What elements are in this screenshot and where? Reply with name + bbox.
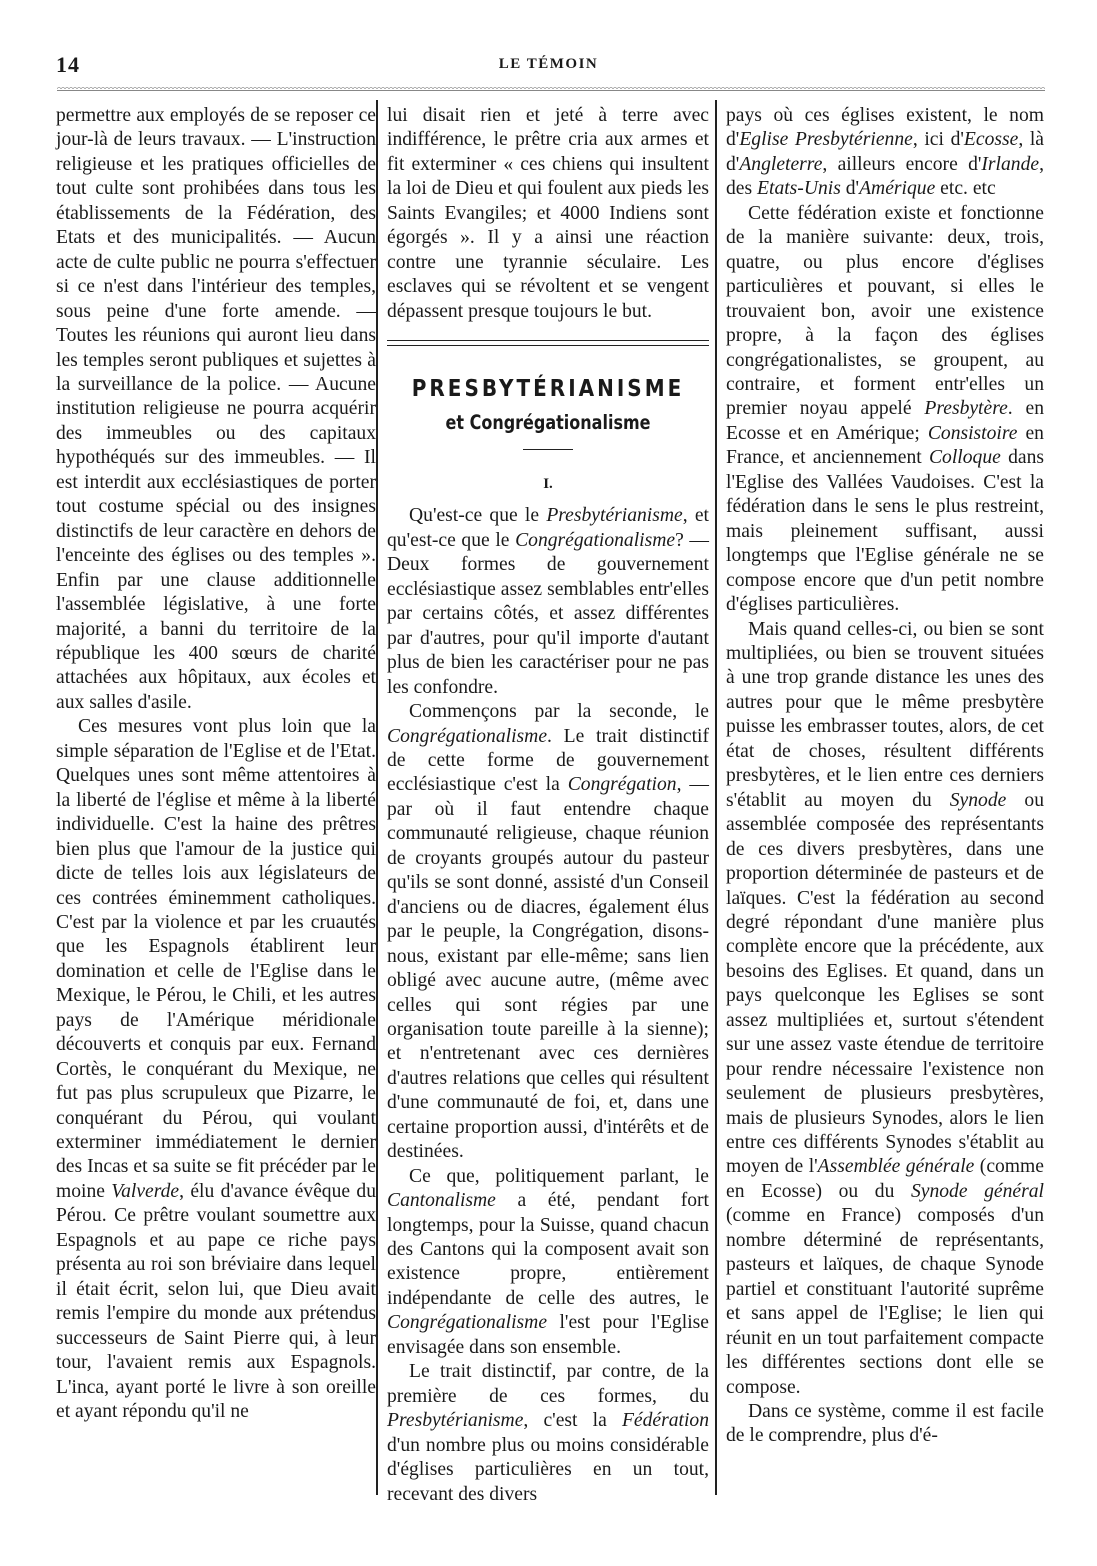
italic-term: Angleterre (739, 154, 822, 175)
text-run: ou assemblée composée des représentants … (726, 790, 1044, 1178)
text-run: ? — Deux formes de gouvernement ecclésia… (387, 530, 709, 698)
text-run: Dans ce système, comme il est facile de … (726, 1401, 1044, 1446)
column-1: permettre aux employés de se reposer ce … (56, 104, 376, 1424)
text-run: Ces mesures vont plus loin que la simple… (56, 716, 376, 1202)
paragraph: Ces mesures vont plus loin que la simple… (56, 715, 376, 1424)
italic-term: Colloque (929, 447, 1001, 468)
italic-term: Cantonalisme (387, 1190, 496, 1211)
text-run: d' (841, 178, 859, 199)
italic-term: Fédération (622, 1410, 709, 1431)
text-run: , — par où il faut entendre chaque commu… (387, 774, 709, 1162)
italic-term: Irlande (981, 154, 1039, 175)
column-2: lui disait rien et jeté à terre avec ind… (387, 104, 709, 1507)
text-run: Qu'est-ce que le (409, 505, 546, 526)
text-run: (comme en France) composés d'un nombre d… (726, 1205, 1044, 1397)
text-run: etc. etc (935, 178, 995, 199)
column-3: pays où ces églises existent, le nom d'E… (726, 104, 1044, 1449)
italic-term: Ecosse (964, 129, 1018, 150)
text-run: Le trait distinctif, par contre, de la p… (387, 1361, 709, 1406)
italic-term: Synode général (911, 1181, 1044, 1202)
paragraph: Qu'est-ce que le Presbytérianisme, et qu… (387, 504, 709, 700)
text-run: , ici d' (913, 129, 964, 150)
text-run: , c'est la (523, 1410, 622, 1431)
italic-term: Etats-Unis (757, 178, 841, 199)
text-run: Cette fédération existe et fonctionne de… (726, 203, 1044, 420)
section-separator-double-rule (387, 340, 709, 346)
header-wavy-rule (57, 84, 1045, 91)
paragraph: lui disait rien et jeté à terre avec ind… (387, 104, 709, 324)
italic-term: Congrégationalisme (387, 726, 547, 747)
italic-term: Presbytérianisme (546, 505, 682, 526)
paragraph: Commençons par la seconde, le Congrégati… (387, 700, 709, 1165)
paragraph: Ce que, politiquement parlant, le Canton… (387, 1165, 709, 1361)
italic-term: Assemblée générale (818, 1156, 975, 1177)
section-dash (523, 449, 573, 450)
italic-term: Congrégationalisme (387, 1312, 547, 1333)
paragraph: Dans ce système, comme il est facile de … (726, 1400, 1044, 1449)
section-numeral: I. (387, 472, 709, 496)
text-run: lui disait rien et jeté à terre avec ind… (387, 105, 709, 322)
italic-term: Valverde (111, 1181, 179, 1202)
column-2-top-text: lui disait rien et jeté à terre avec ind… (387, 104, 709, 324)
column-divider-left (376, 100, 378, 1495)
section-subtitle: et Congrégationalisme (387, 408, 709, 437)
italic-term: Congrégationalisme (515, 530, 675, 551)
paragraph: pays où ces églises existent, le nom d'E… (726, 104, 1044, 202)
italic-term: Congrégation (568, 774, 677, 795)
text-run: , élu d'avance évêque du Pérou. Ce prêtr… (56, 1181, 376, 1422)
text-run: Ce que, politiquement parlant, le (409, 1166, 709, 1187)
text-run: Mais quand celles-ci, ou bien se sont mu… (726, 619, 1044, 811)
column-2-article-text: Qu'est-ce que le Presbytérianisme, et qu… (387, 504, 709, 1507)
italic-term: Eglise Presbytérienne (739, 129, 913, 150)
column-divider-right (715, 100, 717, 1495)
text-run: Commençons par la seconde, le (409, 701, 709, 722)
italic-term: Synode (950, 790, 1007, 811)
italic-term: Presbytérianisme (387, 1410, 523, 1431)
text-run: , ailleurs encore d' (822, 154, 981, 175)
italic-term: Amérique (859, 178, 935, 199)
paragraph: permettre aux employés de se reposer ce … (56, 104, 376, 715)
paragraph: Cette fédération existe et fonctionne de… (726, 202, 1044, 618)
text-run: permettre aux employés de se reposer ce … (56, 105, 376, 713)
paragraph: Mais quand celles-ci, ou bien se sont mu… (726, 618, 1044, 1401)
text-run: dans l'Eglise des Vallées Vaudoises. C'e… (726, 447, 1044, 615)
italic-term: Consistoire (928, 423, 1018, 444)
section-title: PRESBYTÉRIANISME (387, 374, 709, 402)
masthead-title: LE TÉMOIN (0, 56, 1097, 73)
italic-term: Presbytère (924, 398, 1007, 419)
text-run: d'un nombre plus ou moins considérable d… (387, 1435, 709, 1505)
paragraph: Le trait distinctif, par contre, de la p… (387, 1360, 709, 1507)
